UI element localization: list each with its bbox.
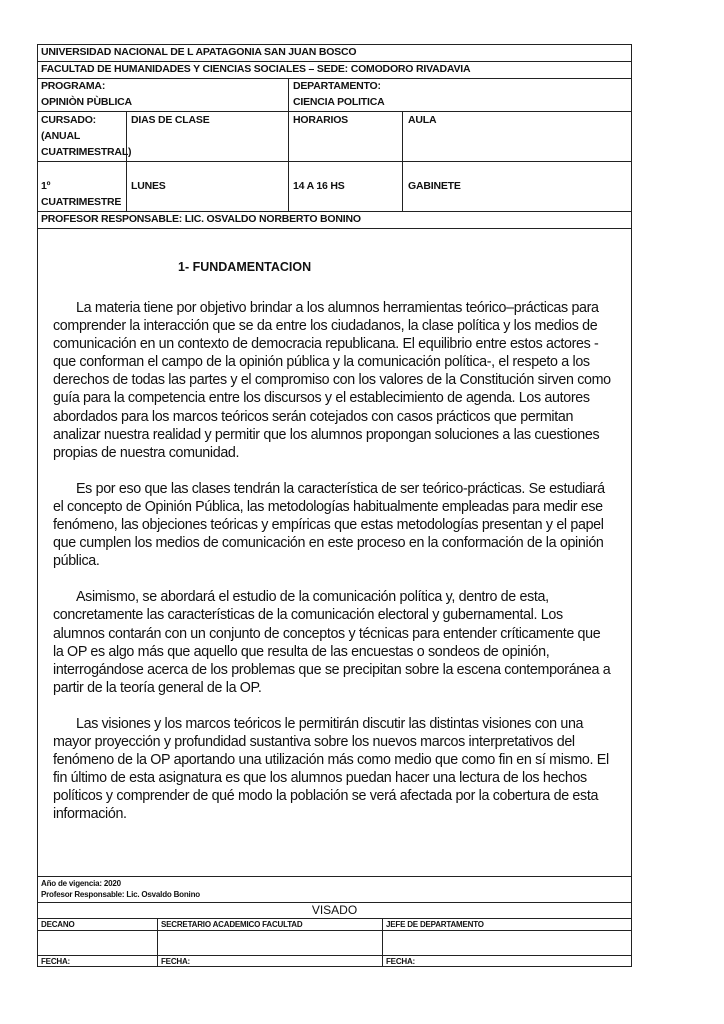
section-title: 1- FUNDAMENTACION: [178, 260, 311, 274]
divider: [37, 228, 632, 229]
fecha-secretario: FECHA:: [161, 956, 190, 967]
dias-label: DIAS DE CLASE: [131, 112, 210, 128]
dias-value: LUNES: [131, 178, 166, 194]
signature-role-secretario: SECRETARIO ACADEMICO FACULTAD: [161, 919, 302, 930]
divider: [157, 918, 158, 967]
programa-label: PROGRAMA:: [41, 78, 105, 94]
divider: [37, 876, 632, 877]
aula-value: GABINETE: [408, 178, 461, 194]
divider: [288, 78, 289, 111]
divider: [37, 918, 632, 919]
paragraph: Asimismo, se abordará el estudio de la c…: [53, 588, 613, 697]
fecha-decano: FECHA:: [41, 956, 70, 967]
paragraph: Es por eso que las clases tendrán la car…: [53, 480, 613, 570]
vigencia: Año de vigencia: 2020: [41, 878, 121, 889]
divider: [288, 111, 289, 211]
cursado-label-line: CURSADO:: [41, 112, 96, 128]
divider: [37, 930, 632, 931]
departamento-label: DEPARTAMENTO:: [293, 78, 381, 94]
fecha-jefe: FECHA:: [386, 956, 415, 967]
programa-value: OPINIÒN PÙBLICA: [41, 94, 132, 110]
divider: [126, 111, 127, 211]
cursado-value-line: CUATRIMESTRE: [41, 194, 121, 210]
aula-label: AULA: [408, 112, 436, 128]
divider: [37, 955, 632, 956]
visado-title: VISADO: [37, 903, 632, 918]
divider: [382, 918, 383, 967]
divider: [402, 111, 403, 211]
departamento-value: CIENCIA POLITICA: [293, 94, 385, 110]
cursado-value-line: 1º: [41, 178, 50, 194]
cursado-label-line: (ANUAL: [41, 128, 80, 144]
horarios-label: HORARIOS: [293, 112, 348, 128]
profesor-responsable: PROFESOR RESPONSABLE: LIC. OSVALDO NORBE…: [41, 211, 361, 227]
university-name: UNIVERSIDAD NACIONAL DE L APATAGONIA SAN…: [41, 44, 356, 60]
faculty-name: FACULTAD DE HUMANIDADES Y CIENCIAS SOCIA…: [41, 61, 470, 77]
footer-profesor: Profesor Responsable: Lic. Osvaldo Bonin…: [41, 889, 200, 900]
cursado-label-line: CUATRIMESTRAL): [41, 144, 131, 160]
paragraph: La materia tiene por objetivo brindar a …: [53, 299, 613, 462]
paragraph: Las visiones y los marcos teóricos le pe…: [53, 715, 613, 824]
fundamentacion-body: La materia tiene por objetivo brindar a …: [53, 299, 613, 823]
signature-role-decano: DECANO: [41, 919, 74, 930]
signature-role-jefe: JEFE DE DEPARTAMENTO: [386, 919, 484, 930]
document-page: UNIVERSIDAD NACIONAL DE L APATAGONIA SAN…: [0, 0, 724, 1024]
horarios-value: 14 A 16 HS: [293, 178, 345, 194]
